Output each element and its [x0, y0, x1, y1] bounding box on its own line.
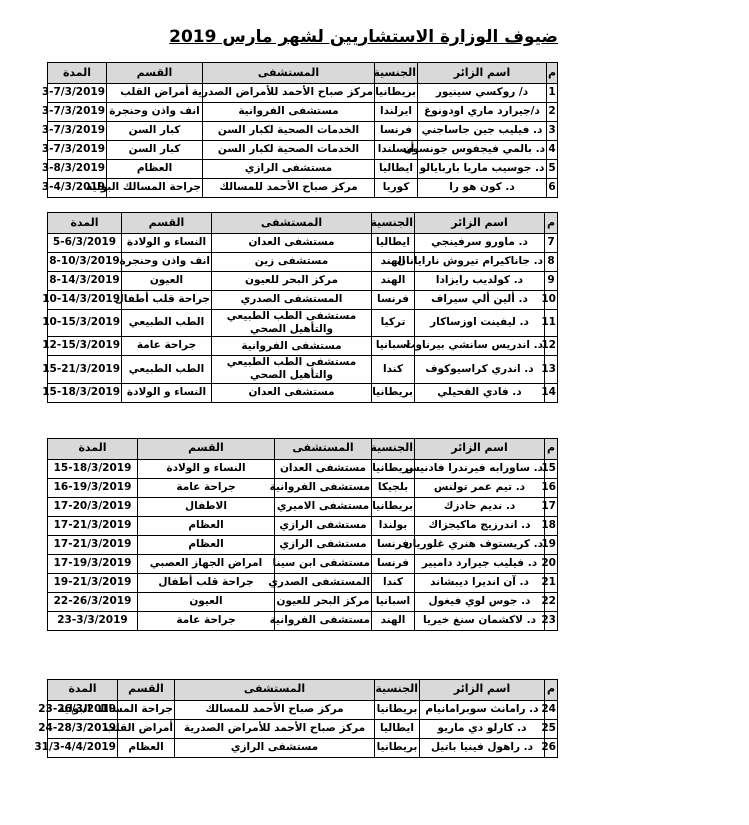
row-number: 19 — [541, 538, 556, 550]
nationality: بلجيكا — [378, 481, 408, 493]
visitor-name: د/ روكسي سينيور — [436, 86, 528, 98]
visitor-name-cell: د/جيرارد ماري اودونوغ — [418, 103, 547, 122]
hospital: مستشفى الرازي — [279, 538, 366, 550]
col-header-duration: المدة — [48, 679, 118, 700]
header-row: م اسم الزائر الجنسية المستشفى القسم المد… — [48, 438, 558, 459]
nationality-cell: بريطانيا — [375, 84, 418, 103]
row-number-cell: 26 — [545, 738, 558, 757]
col-header-visitor-name: اسم الزائر — [415, 213, 545, 234]
visitor-name-cell: د. راهول فينيا باتيل — [420, 738, 545, 757]
visitor-name: د. كارلو دي ماريو — [438, 722, 527, 734]
visitor-name-cell: د. نديم حادزك — [415, 497, 545, 516]
visitor-name-cell: د. اندريس سانشي بيرناوت — [415, 337, 545, 356]
nationality-cell: فرنسا — [372, 535, 415, 554]
hospital-cell: مستشفى الفروانية — [212, 337, 372, 356]
visitor-name-cell: د. رامانث سوبرامانيام — [420, 700, 545, 719]
hospital: مستشفى الفروانية — [270, 481, 370, 493]
row-number-cell: 15 — [545, 459, 558, 478]
hospital-cell: مستشفى الطب الطبيعي والتأهيل الصحي — [212, 356, 372, 383]
col-header-hospital: المستشفى — [212, 213, 372, 234]
hospital-cell: مستشفى العدان — [212, 383, 372, 402]
duration: 8-14/3/2019 — [49, 274, 119, 288]
nationality-cell: ايرلندا — [375, 103, 418, 122]
visitor-name-cell: د. ألين ألي سيراف — [415, 291, 545, 310]
hospital: مستشفى العدان — [248, 236, 334, 248]
table-row: 23 د. لاكشمان سنغ خيريا الهند مستشفى الف… — [48, 611, 558, 630]
table-row: 2 د/جيرارد ماري اودونوغ ايرلندا مستشفى ا… — [48, 103, 558, 122]
department-cell: العظام — [138, 516, 275, 535]
guests-table-2: م اسم الزائر الجنسية المستشفى القسم المد… — [47, 212, 558, 403]
row-number-cell: 4 — [547, 141, 558, 160]
visitor-name-cell: د. جاناكيرام تيروش نارايانان — [415, 253, 545, 272]
hospital-cell: مركز صباح الأحمد للمسالك — [203, 179, 375, 198]
duration-cell: 23-26/3/2019 — [48, 700, 118, 719]
table-row: 24 د. رامانث سوبرامانيام بريطانيا مركز ص… — [48, 700, 558, 719]
table-row: 4 د. بالمي فيجفوس جونسون أيسلندا الخدمات… — [48, 141, 558, 160]
hospital: مركز صباح الأحمد للأمراض الصدرية — [192, 86, 373, 98]
row-number: 3 — [548, 124, 555, 136]
row-number: 7 — [547, 236, 554, 248]
visitor-name-cell: د. جوس لوي فيغول — [415, 592, 545, 611]
department-cell: جراحة قلب أطفال — [138, 573, 275, 592]
visitor-name-cell: د. تيم عمر تولنس — [415, 478, 545, 497]
col-header-hospital: المستشفى — [175, 679, 375, 700]
department: العظام — [188, 519, 223, 531]
table-row: 25 د. كارلو دي ماريو ايطاليا مركز صباح ا… — [48, 719, 558, 738]
duration-cell: 8-10/3/2019 — [48, 253, 122, 272]
duration-cell: 24-28/3/2019 — [48, 719, 118, 738]
nationality-cell: تركيا — [372, 310, 415, 337]
visitor-name-cell: د. آن انديرا ديبشاند — [415, 573, 545, 592]
row-number-cell: 23 — [545, 611, 558, 630]
table-row: 10 د. ألين ألي سيراف فرنسا المستشفى الصد… — [48, 291, 558, 310]
visitor-name: د. تيم عمر تولنس — [434, 481, 525, 493]
duration: 31/3-4/4/2019 — [34, 741, 116, 755]
row-number: 15 — [541, 462, 556, 474]
hospital-cell: مركز صباح الأحمد للأمراض الصدرية — [175, 719, 375, 738]
col-header-nationality: الجنسية — [372, 438, 415, 459]
hospital-cell: مستشفى الرازي — [203, 160, 375, 179]
duration: 10-14/3/2019 — [42, 293, 120, 307]
visitor-name: د. فيليب جيرارد داميير — [422, 557, 537, 569]
nationality-cell: فرنسا — [372, 291, 415, 310]
hospital: مستشفى الرازي — [279, 519, 366, 531]
duration-cell: 8-14/3/2019 — [48, 272, 122, 291]
hospital: مستشفى العدان — [280, 462, 366, 474]
nationality-cell: أيسلندا — [375, 141, 418, 160]
duration-cell: 16-19/3/2019 — [48, 478, 138, 497]
nationality: بريطانيا — [375, 86, 416, 98]
department: كبار السن — [129, 124, 181, 136]
row-number: 10 — [541, 293, 556, 305]
department-cell: الاطفال — [138, 497, 275, 516]
duration-cell: 19-21/3/2019 — [48, 573, 138, 592]
row-number: 24 — [541, 703, 556, 715]
department: جراحة قلب أطفال — [158, 576, 253, 588]
col-header-department: القسم — [107, 63, 203, 84]
col-header-nationality: الجنسية — [375, 679, 420, 700]
hospital: مركز البحر للعيون — [277, 595, 370, 607]
department: جراحة عامة — [176, 481, 235, 493]
department-cell: جراحة عامة — [138, 611, 275, 630]
duration: 3-7/3/2019 — [42, 105, 105, 119]
department: النساء و الولادة — [127, 236, 206, 248]
col-header-department: القسم — [122, 213, 212, 234]
department-cell: الطب الطبيعي — [122, 310, 212, 337]
nationality: بريطانيا — [372, 386, 413, 398]
nationality-cell: كندا — [372, 356, 415, 383]
hospital: مستشفى الفروانية — [238, 105, 338, 117]
row-number-cell: 2 — [547, 103, 558, 122]
col-header-duration: المدة — [48, 438, 138, 459]
row-number: 2 — [548, 105, 555, 117]
row-number-cell: 9 — [545, 272, 558, 291]
duration-cell: 23-3/3/2019 — [48, 611, 138, 630]
duration-cell: 17-19/3/2019 — [48, 554, 138, 573]
department: النساء و الولادة — [166, 462, 245, 474]
visitor-name: د. لاكشمان سنغ خيريا — [423, 614, 536, 626]
department-cell: العظام — [107, 160, 203, 179]
table-2-header: م اسم الزائر الجنسية المستشفى القسم المد… — [48, 213, 558, 234]
visitor-name: د. نديم حادزك — [444, 500, 515, 512]
row-number-cell: 20 — [545, 554, 558, 573]
nationality-cell: كندا — [372, 573, 415, 592]
col-header-nationality: الجنسية — [372, 213, 415, 234]
table-1-header: م اسم الزائر الجنسية المستشفى القسم المد… — [48, 63, 558, 84]
col-header-department: القسم — [118, 679, 175, 700]
row-number: 9 — [547, 274, 554, 286]
row-number: 21 — [541, 576, 556, 588]
hospital: مستشفى الفروانية — [270, 614, 370, 626]
duration: 8-10/3/2019 — [49, 255, 119, 269]
duration: 23-3/3/2019 — [57, 614, 127, 628]
row-number-cell: 24 — [545, 700, 558, 719]
visitor-name: د. اندريس سانشي بيرناوت — [405, 339, 543, 351]
department: جراحة عامة — [176, 614, 235, 626]
table-row: 7 د. ماورو سرفينجي ايطاليا مستشفى العدان… — [48, 234, 558, 253]
hospital: الخدمات الصحية لكبار السن — [218, 124, 359, 136]
nationality: بريطانيا — [377, 741, 418, 753]
row-number: 6 — [548, 181, 555, 193]
duration: 3-7/3/2019 — [42, 86, 105, 100]
visitor-name: د. فيليب جين جاساجني — [422, 124, 543, 136]
nationality: تركيا — [381, 316, 406, 328]
department-cell: العيون — [122, 272, 212, 291]
nationality-cell: الهند — [372, 611, 415, 630]
row-number-cell: 5 — [547, 160, 558, 179]
col-header-duration: المدة — [48, 63, 107, 84]
duration: 5-6/3/2019 — [53, 236, 116, 250]
department-cell: جراحة المسالك البولية — [118, 700, 175, 719]
table-row: 17 د. نديم حادزك بريطانيا مستشفى الاميري… — [48, 497, 558, 516]
nationality: الهند — [381, 614, 406, 626]
visitor-name-cell: د/ روكسي سينيور — [418, 84, 547, 103]
row-number-cell: 8 — [545, 253, 558, 272]
row-number-cell: 7 — [545, 234, 558, 253]
guests-table-1: م اسم الزائر الجنسية المستشفى القسم المد… — [47, 62, 558, 198]
hospital: مستشفى الرازي — [245, 162, 332, 174]
nationality: أيسلندا — [378, 143, 414, 155]
row-number-cell: 14 — [545, 383, 558, 402]
table-row: 15 د. ساورابه فيرندرا فادنيس بريطانيا مس… — [48, 459, 558, 478]
row-number: 17 — [541, 500, 556, 512]
hospital-cell: مستشفى الفروانية — [203, 103, 375, 122]
nationality: فرنسا — [377, 538, 409, 550]
visitor-name-cell: د. اندرزيج ماكيجزاك — [415, 516, 545, 535]
visitor-name-cell: د. بالمي فيجفوس جونسون — [418, 141, 547, 160]
nationality-cell: كوريا — [375, 179, 418, 198]
col-header-duration: المدة — [48, 213, 122, 234]
visitor-name: د. ليفينت اوزساكار — [430, 316, 529, 328]
visitor-name-cell: د. كولديب رايزادا — [415, 272, 545, 291]
duration: 3-7/3/2019 — [42, 124, 105, 138]
department: العيون — [150, 274, 183, 286]
department: العظام — [137, 162, 172, 174]
col-header-visitor-name: اسم الزائر — [418, 63, 547, 84]
hospital: الخدمات الصحية لكبار السن — [218, 143, 359, 155]
duration-cell: 3-4/3/2019 — [48, 179, 107, 198]
department: أمراض القلب — [120, 86, 189, 98]
table-4-header: م اسم الزائر الجنسية المستشفى القسم المد… — [48, 679, 558, 700]
department: العظام — [188, 538, 223, 550]
visitor-name: د. بالمي فيجفوس جونسون — [403, 143, 545, 155]
department-cell: النساء و الولادة — [138, 459, 275, 478]
table-3-header: م اسم الزائر الجنسية المستشفى القسم المد… — [48, 438, 558, 459]
visitor-name-cell: د. فيليب جين جاساجني — [418, 122, 547, 141]
nationality-cell: اسبانيا — [372, 337, 415, 356]
table-row: 3 د. فيليب جين جاساجني فرنسا الخدمات الص… — [48, 122, 558, 141]
department-cell: جراحة قلب أطفال — [122, 291, 212, 310]
nationality: الهند — [381, 255, 406, 267]
nationality: بولندا — [379, 519, 407, 531]
hospital: مركز صباح الأحمد للأمراض الصدرية — [184, 722, 365, 734]
nationality: الهند — [381, 274, 406, 286]
hospital-cell: المستشفى الصدري — [275, 573, 372, 592]
duration-cell: 15-18/3/2019 — [48, 383, 122, 402]
table-row: 20 د. فيليب جيرارد داميير فرنسا مستشفى ا… — [48, 554, 558, 573]
table-row: 5 د. جوسيب ماريا باربايالو ايطاليا مستشف… — [48, 160, 558, 179]
nationality: فرنسا — [377, 557, 409, 569]
row-number: 5 — [548, 162, 555, 174]
department: كبار السن — [129, 143, 181, 155]
nationality: فرنسا — [380, 124, 412, 136]
department: العيون — [189, 595, 222, 607]
hospital: مستشفى الطب الطبيعي والتأهيل الصحي — [227, 310, 356, 335]
visitor-name-cell: د. اندري كراسيوكوف — [415, 356, 545, 383]
hospital: مستشفى الطب الطبيعي والتأهيل الصحي — [227, 356, 356, 381]
department-cell: أمراض القلب — [118, 719, 175, 738]
nationality-cell: اسبانيا — [372, 592, 415, 611]
department: امراض الجهاز العصبي — [150, 557, 262, 569]
nationality: بريطانيا — [372, 462, 413, 474]
department: جراحة عامة — [137, 339, 196, 351]
row-number: 12 — [541, 339, 556, 351]
col-header-nationality: الجنسية — [375, 63, 418, 84]
hospital-cell: مستشفى الاميري — [275, 497, 372, 516]
nationality-cell: بريطانيا — [372, 383, 415, 402]
row-number-cell: 13 — [545, 356, 558, 383]
hospital: مركز صباح الأحمد للمسالك — [205, 703, 343, 715]
table-row: 6 د. كون هو را كوريا مركز صباح الأحمد لل… — [48, 179, 558, 198]
hospital-cell: مركز صباح الأحمد للمسالك — [175, 700, 375, 719]
visitor-name: د/جيرارد ماري اودونوغ — [424, 105, 540, 117]
visitor-name-cell: د. فادي الفحيلي — [415, 383, 545, 402]
row-number: 11 — [541, 316, 556, 328]
row-number-cell: 25 — [545, 719, 558, 738]
nationality: كندا — [383, 576, 403, 588]
visitor-name: د. راهول فينيا باتيل — [431, 741, 533, 753]
row-number: 23 — [541, 614, 556, 626]
nationality-cell: بلجيكا — [372, 478, 415, 497]
visitor-name: د. كريستوف هنري غلوريان — [404, 538, 543, 550]
page-title: ضيوف الوزارة الاستشاريين لشهر مارس 2019 — [47, 27, 558, 47]
duration-cell: 3-7/3/2019 — [48, 122, 107, 141]
duration: 17-21/3/2019 — [54, 519, 132, 533]
visitor-name-cell: د. ساورابه فيرندرا فادنيس — [415, 459, 545, 478]
hospital: مستشفى الرازي — [231, 741, 318, 753]
visitor-name: د. كولديب رايزادا — [436, 274, 523, 286]
table-row: 19 د. كريستوف هنري غلوريان فرنسا مستشفى … — [48, 535, 558, 554]
department-cell: انف واذن وحنجرة — [122, 253, 212, 272]
header-row: م اسم الزائر الجنسية المستشفى القسم المد… — [48, 63, 558, 84]
department-cell: كبار السن — [107, 122, 203, 141]
row-number-cell: 16 — [545, 478, 558, 497]
nationality: بريطانيا — [377, 703, 418, 715]
visitor-name: د. آن انديرا ديبشاند — [430, 576, 529, 588]
nationality: اسبانيا — [376, 595, 410, 607]
row-number-cell: 12 — [545, 337, 558, 356]
visitor-name-cell: د. كريستوف هنري غلوريان — [415, 535, 545, 554]
duration: 15-21/3/2019 — [42, 363, 120, 377]
duration: 22-26/3/2019 — [54, 595, 132, 609]
visitor-name-cell: د. لاكشمان سنغ خيريا — [415, 611, 545, 630]
hospital: مستشفى الفروانية — [241, 340, 341, 352]
department-cell: كبار السن — [107, 141, 203, 160]
hospital-cell: مستشفى الرازي — [275, 516, 372, 535]
duration: 23-26/3/2019 — [38, 703, 116, 717]
hospital-cell: مركز البحر للعيون — [212, 272, 372, 291]
row-number-cell: 1 — [547, 84, 558, 103]
nationality-cell: بريطانيا — [375, 700, 420, 719]
department-cell: العيون — [138, 592, 275, 611]
department-cell: انف واذن وحنجرة — [107, 103, 203, 122]
duration-cell: 3-7/3/2019 — [48, 141, 107, 160]
visitor-name-cell: د. ليفينت اوزساكار — [415, 310, 545, 337]
table-row: 12 د. اندريس سانشي بيرناوت اسبانيا مستشف… — [48, 337, 558, 356]
table-row: 21 د. آن انديرا ديبشاند كندا المستشفى ال… — [48, 573, 558, 592]
duration-cell: 3-8/3/2019 — [48, 160, 107, 179]
visitor-name: د. جوس لوي فيغول — [429, 595, 531, 607]
department-cell: الطب الطبيعي — [122, 356, 212, 383]
nationality: ايطاليا — [380, 722, 414, 734]
duration-cell: 15-18/3/2019 — [48, 459, 138, 478]
visitor-name: د. ساورابه فيرندرا فادنيس — [405, 462, 543, 474]
row-number: 22 — [541, 595, 556, 607]
hospital: المستشفى الصدري — [241, 293, 343, 305]
visitor-name-cell: د. ماورو سرفينجي — [415, 234, 545, 253]
visitor-name-cell: د. جوسيب ماريا باربايالو — [418, 160, 547, 179]
department: الاطفال — [185, 500, 227, 512]
nationality: بريطانيا — [372, 500, 413, 512]
nationality-cell: فرنسا — [375, 122, 418, 141]
row-number: 13 — [541, 363, 556, 375]
nationality-cell: بريطانيا — [372, 497, 415, 516]
hospital-cell: مستشفى الفروانية — [275, 611, 372, 630]
department-cell: النساء و الولادة — [122, 383, 212, 402]
row-number-cell: 3 — [547, 122, 558, 141]
nationality-cell: ايطاليا — [372, 234, 415, 253]
table-row: 18 د. اندرزيج ماكيجزاك بولندا مستشفى الر… — [48, 516, 558, 535]
department-cell: العظام — [138, 535, 275, 554]
visitor-name: د. اندري كراسيوكوف — [425, 363, 533, 375]
table-row: 8 د. جاناكيرام تيروش نارايانان الهند مست… — [48, 253, 558, 272]
hospital-cell: مستشفى ابن سينا — [275, 554, 372, 573]
table-row: 13 د. اندري كراسيوكوف كندا مستشفى الطب ا… — [48, 356, 558, 383]
duration: 24-28/3/2019 — [38, 722, 116, 736]
duration: 3-7/3/2019 — [42, 143, 105, 157]
visitor-name: د. جاناكيرام تيروش نارايانان — [397, 255, 543, 267]
row-number-cell: 19 — [545, 535, 558, 554]
department: العظام — [128, 741, 163, 753]
duration-cell: 10-15/3/2019 — [48, 310, 122, 337]
row-number: 14 — [541, 386, 556, 398]
duration-cell: 17-20/3/2019 — [48, 497, 138, 516]
duration-cell: 5-6/3/2019 — [48, 234, 122, 253]
visitor-name-cell: د. كون هو را — [418, 179, 547, 198]
hospital-cell: مستشفى الرازي — [175, 738, 375, 757]
department: الطب الطبيعي — [129, 316, 204, 328]
table-row: 1 د/ روكسي سينيور بريطانيا مركز صباح الأ… — [48, 84, 558, 103]
duration-cell: 17-21/3/2019 — [48, 516, 138, 535]
hospital: المستشفى الصدري — [268, 576, 370, 588]
duration: 15-18/3/2019 — [42, 386, 120, 400]
row-number: 16 — [541, 481, 556, 493]
hospital: مركز صباح الأحمد للمسالك — [219, 181, 357, 193]
nationality: كندا — [383, 363, 403, 375]
col-header-num: م — [545, 438, 558, 459]
department: انف واذن وحنجرة — [109, 105, 200, 117]
table-row: 9 د. كولديب رايزادا الهند مركز البحر للع… — [48, 272, 558, 291]
duration-cell: 3-7/3/2019 — [48, 84, 107, 103]
hospital-cell: مستشفى زين — [212, 253, 372, 272]
nationality: ايطاليا — [376, 236, 410, 248]
nationality: كوريا — [383, 181, 410, 193]
row-number-cell: 22 — [545, 592, 558, 611]
duration-cell: 3-7/3/2019 — [48, 103, 107, 122]
col-header-hospital: المستشفى — [203, 63, 375, 84]
guests-table-4: م اسم الزائر الجنسية المستشفى القسم المد… — [47, 679, 558, 758]
nationality-cell: بريطانيا — [375, 738, 420, 757]
department-cell: جراحة عامة — [122, 337, 212, 356]
visitor-name: د. كون هو را — [449, 181, 515, 193]
duration: 19-21/3/2019 — [54, 576, 132, 590]
hospital-cell: مستشفى الطب الطبيعي والتأهيل الصحي — [212, 310, 372, 337]
department-cell: جراحة عامة — [138, 478, 275, 497]
col-header-visitor-name: اسم الزائر — [420, 679, 545, 700]
hospital-cell: مركز البحر للعيون — [275, 592, 372, 611]
department: جراحة قلب أطفال — [115, 293, 210, 305]
hospital-cell: مستشفى العدان — [212, 234, 372, 253]
col-header-num: م — [547, 63, 558, 84]
department-cell: العظام — [118, 738, 175, 757]
hospital: مستشفى الاميري — [277, 500, 369, 512]
row-number: 26 — [541, 741, 556, 753]
row-number: 25 — [541, 722, 556, 734]
table-row: 22 د. جوس لوي فيغول اسبانيا مركز البحر ل… — [48, 592, 558, 611]
document-page: ضيوف الوزارة الاستشاريين لشهر مارس 2019 … — [47, 0, 558, 758]
table-row: 26 د. راهول فينيا باتيل بريطانيا مستشفى … — [48, 738, 558, 757]
header-row: م اسم الزائر الجنسية المستشفى القسم المد… — [48, 213, 558, 234]
